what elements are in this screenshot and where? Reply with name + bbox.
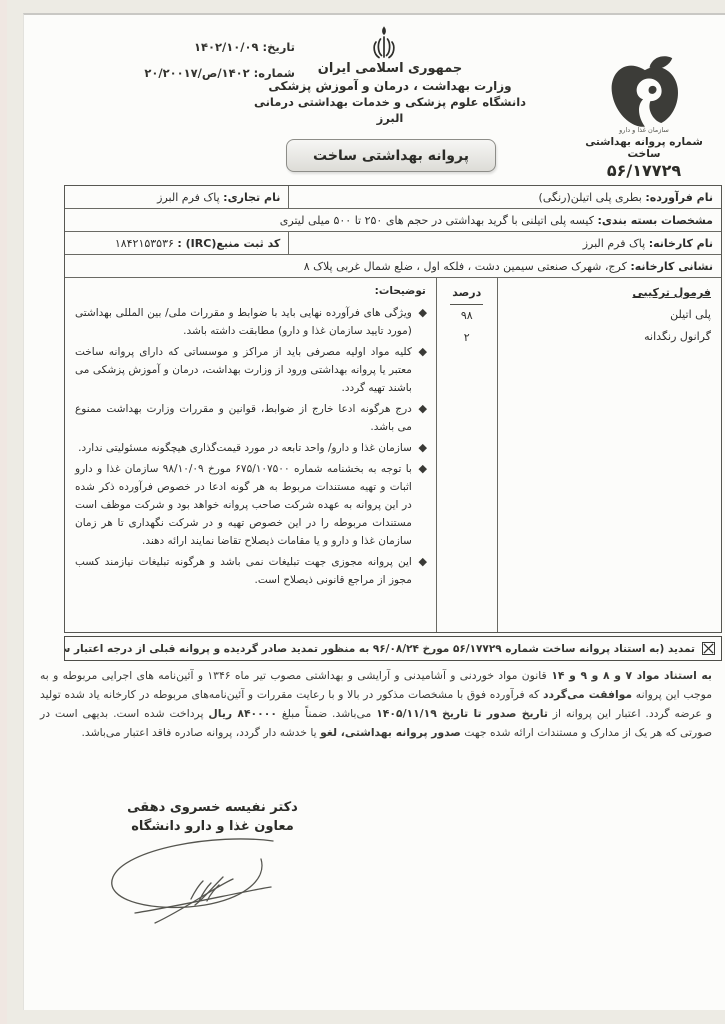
legal-segment: می‌باشد. ضمناً مبلغ — [277, 707, 376, 720]
legal-segment: صدور پروانه بهداشتی، لغو — [320, 726, 461, 739]
irc-cell: کد ثبت منبع(IRC) : ۱۸۴۲۱۵۳۵۳۶ — [65, 232, 288, 254]
country-title: جمهوری اسلامی ایران — [250, 60, 530, 78]
university-title: دانشگاه علوم پزشکی و خدمات بهداشتی درمان… — [250, 94, 530, 126]
product-name-cell: نام فرآورده: بطری پلی اتیلن(رنگی) — [288, 186, 721, 208]
note-item: ویژگی های فرآورده نهایی باید با ضوابط و … — [75, 304, 426, 340]
iran-emblem-icon — [370, 24, 398, 62]
notes-title: توضیحات: — [75, 281, 426, 301]
packaging-cell: مشخصات بسته بندی: کیسه پلی اتیلنی با گری… — [65, 209, 721, 231]
note-item: این پروانه مجوزی جهت تبلیغات نمی باشد و … — [75, 553, 426, 589]
diamond-bullet-icon — [412, 553, 426, 589]
legal-segment: تاریخ صدور تا تاریخ ۱۴۰۵/۱۱/۱۹ — [376, 707, 548, 720]
packaging-label: مشخصات بسته بندی: — [597, 214, 713, 227]
note-item: با توجه به بخشنامه شماره ۶۷۵/۱۰۷۵۰۰ مورخ… — [75, 460, 426, 550]
legal-segment: ۸۴۰۰۰۰ ریال — [208, 707, 277, 720]
brand-name-cell: نام تجاری: پاک فرم البرز — [65, 186, 288, 208]
date-label: تاریخ: — [263, 40, 295, 54]
note-text: با توجه به بخشنامه شماره ۶۷۵/۱۰۷۵۰۰ مورخ… — [75, 460, 412, 550]
renewal-strip: تمدید (به استناد پروانه ساخت شماره ۵۶/۱۷… — [64, 636, 722, 661]
legal-segment: به استناد مواد ۷ و ۸ و ۹ و ۱۴ — [547, 669, 712, 682]
diamond-bullet-icon — [412, 343, 426, 397]
ministry-title: وزارت بهداشت ، درمان و آموزش پزشکی — [250, 78, 530, 94]
legal-segment: موافقت می‌گردد — [543, 688, 632, 701]
document-title-banner: پروانه بهداشتی ساخت — [286, 139, 496, 172]
handwritten-signature-icon — [95, 835, 335, 935]
diamond-bullet-icon — [412, 400, 426, 436]
note-text: سازمان غذا و دارو/ واحد تابعه در مورد قی… — [75, 439, 412, 457]
percent-header: درصد — [450, 282, 483, 305]
license-number-label: شماره پروانه بهداشتی ساخت — [568, 136, 720, 160]
factory-name-cell: نام کارخانه: پاک فرم البرز — [288, 232, 721, 254]
brand-name-value: پاک فرم البرز — [157, 191, 220, 204]
header-block: جمهوری اسلامی ایران وزارت بهداشت ، درمان… — [250, 60, 530, 126]
brand-name-label: نام تجاری: — [223, 191, 280, 204]
legal-segment: یا خدشه دار گردد، پروانه صادره فاقد اعتب… — [81, 726, 320, 739]
table-row-packaging: مشخصات بسته بندی: کیسه پلی اتیلنی با گری… — [65, 209, 721, 232]
license-number-value: ۵۶/۱۷۷۲۹ — [607, 161, 681, 180]
diamond-bullet-icon — [412, 304, 426, 340]
scan-left-edge — [0, 0, 7, 1024]
legal-paragraph: به استناد مواد ۷ و ۸ و ۹ و ۱۴ قانون مواد… — [40, 666, 712, 742]
note-text: ویژگی های فرآورده نهایی باید با ضوابط و … — [75, 304, 412, 340]
factory-address-value: کرج، شهرک صنعتی سیمین دشت ، فلکه اول ، ض… — [304, 260, 627, 273]
percent-value: ۹۸ — [441, 305, 493, 327]
note-item: درج هرگونه ادعا خارج از ضوابط، قوانین و … — [75, 400, 426, 436]
food-drug-org-apple-icon — [603, 50, 685, 134]
renewal-checked-checkbox-icon — [702, 642, 715, 655]
factory-address-label: نشانی کارخانه: — [630, 260, 713, 273]
percent-value: ۲ — [441, 327, 493, 349]
note-text: کلیه مواد اولیه مصرفی باید از مراکز و مو… — [75, 343, 412, 397]
license-stamp-block: سازمان غذا و دارو شماره پروانه بهداشتی س… — [568, 50, 720, 180]
note-text: این پروانه مجوزی جهت تبلیغات نمی باشد و … — [75, 553, 412, 589]
table-row-factory: نام کارخانه: پاک فرم البرز کد ثبت منبع(I… — [65, 232, 721, 255]
packaging-value: کیسه پلی اتیلنی با گرید بهداشتی در حجم ه… — [280, 214, 594, 227]
product-table: نام فرآورده: بطری پلی اتیلن(رنگی) نام تج… — [64, 185, 722, 633]
product-name-label: نام فرآورده: — [645, 191, 713, 204]
number-value: ۲۰/۲۰۰۱۷/ص/۱۴۰۲ — [144, 60, 249, 86]
diamond-bullet-icon — [412, 439, 426, 457]
irc-label: کد ثبت منبع(IRC) : — [177, 237, 280, 250]
table-row-product: نام فرآورده: بطری پلی اتیلن(رنگی) نام تج… — [65, 186, 721, 209]
diamond-bullet-icon — [412, 460, 426, 550]
org-name: سازمان غذا و دارو — [568, 126, 720, 134]
signer-name: دکتر نفیسه خسروی دهقی — [85, 798, 340, 817]
table-row-formula: فرمول ترکیبی پلی اتیلن گرانول رنگدانه در… — [65, 278, 721, 632]
formula-ingredient: گرانول رنگدانه — [508, 326, 711, 348]
date-line: تاریخ: ۱۴۰۲/۱۰/۰۹ — [100, 34, 295, 60]
formula-title: فرمول ترکیبی — [508, 282, 711, 304]
note-item: سازمان غذا و دارو/ واحد تابعه در مورد قی… — [75, 439, 426, 457]
formula-column: فرمول ترکیبی پلی اتیلن گرانول رنگدانه — [497, 278, 721, 632]
irc-value: ۱۸۴۲۱۵۳۵۳۶ — [115, 235, 174, 252]
note-text: درج هرگونه ادعا خارج از ضوابط، قوانین و … — [75, 400, 412, 436]
document-title: پروانه بهداشتی ساخت — [313, 148, 469, 164]
factory-name-label: نام کارخانه: — [649, 237, 713, 250]
notes-column: توضیحات: ویژگی های فرآورده نهایی باید با… — [65, 278, 436, 632]
signature-block: دکتر نفیسه خسروی دهقی معاون غذا و دارو د… — [85, 798, 340, 836]
product-name-value: بطری پلی اتیلن(رنگی) — [539, 191, 642, 204]
note-item: کلیه مواد اولیه مصرفی باید از مراکز و مو… — [75, 343, 426, 397]
date-value: ۱۴۰۲/۱۰/۰۹ — [194, 34, 259, 60]
factory-name-value: پاک فرم البرز — [583, 237, 646, 250]
factory-address-cell: نشانی کارخانه: کرج، شهرک صنعتی سیمین دشت… — [65, 255, 721, 277]
table-row-address: نشانی کارخانه: کرج، شهرک صنعتی سیمین دشت… — [65, 255, 721, 278]
percent-column: درصد ۹۸ ۲ — [436, 278, 497, 632]
renewal-text: تمدید (به استناد پروانه ساخت شماره ۵۶/۱۷… — [64, 643, 695, 655]
signer-title: معاون غذا و دارو دانشگاه — [85, 817, 340, 836]
formula-ingredient: پلی اتیلن — [508, 304, 711, 326]
